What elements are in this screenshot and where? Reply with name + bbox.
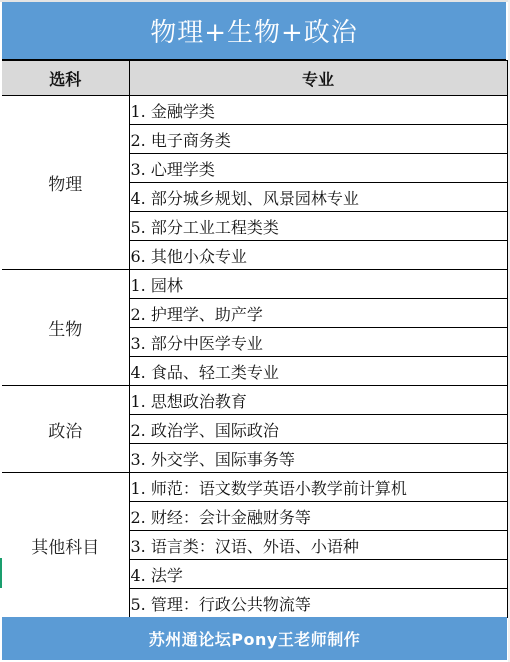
major-cell: 1. 思想政治教育 (129, 386, 507, 415)
table-row: 政治 1. 思想政治教育 (2, 386, 507, 415)
major-cell: 4. 法学 (129, 560, 507, 589)
major-cell: 2. 电子商务类 (129, 125, 507, 154)
header-subject: 选科 (2, 61, 129, 96)
header-major: 专业 (129, 61, 507, 96)
table-row: 生物 1. 园林 (2, 270, 507, 299)
major-cell: 1. 师范：语文数学英语小教学前计算机 (129, 473, 507, 502)
page-title: 物理+生物+政治 (2, 2, 506, 60)
table-row: 物理 1. 金融学类 (2, 96, 507, 125)
major-cell: 3. 心理学类 (129, 154, 507, 183)
table-row: 其他科目 1. 师范：语文数学英语小教学前计算机 (2, 473, 507, 502)
subject-major-table: 选科 专业 物理 1. 金融学类 2. 电子商务类 3. 心理学类 4. 部分城… (2, 60, 508, 618)
major-cell: 4. 食品、轻工类专业 (129, 357, 507, 386)
footer-credit: 苏州通论坛Pony王老师制作 (2, 617, 507, 660)
major-cell: 3. 外交学、国际事务等 (129, 444, 507, 473)
major-cell: 1. 园林 (129, 270, 507, 299)
major-cell: 3. 部分中医学专业 (129, 328, 507, 357)
subject-cell-physics: 物理 (2, 96, 129, 270)
subject-cell-other: 其他科目 (2, 473, 129, 618)
major-cell: 2. 护理学、助产学 (129, 299, 507, 328)
major-cell: 2. 财经：会计金融财务等 (129, 502, 507, 531)
subject-cell-biology: 生物 (2, 270, 129, 386)
table-header-row: 选科 专业 (2, 61, 507, 96)
major-cell: 6. 其他小众专业 (129, 241, 507, 270)
major-cell: 4. 部分城乡规划、风景园林专业 (129, 183, 507, 212)
major-cell: 5. 部分工业工程类类 (129, 212, 507, 241)
major-cell: 3. 语言类：汉语、外语、小语种 (129, 531, 507, 560)
major-cell: 2. 政治学、国际政治 (129, 415, 507, 444)
major-cell: 1. 金融学类 (129, 96, 507, 125)
subject-cell-politics: 政治 (2, 386, 129, 473)
major-cell: 5. 管理：行政公共物流等 (129, 589, 507, 618)
